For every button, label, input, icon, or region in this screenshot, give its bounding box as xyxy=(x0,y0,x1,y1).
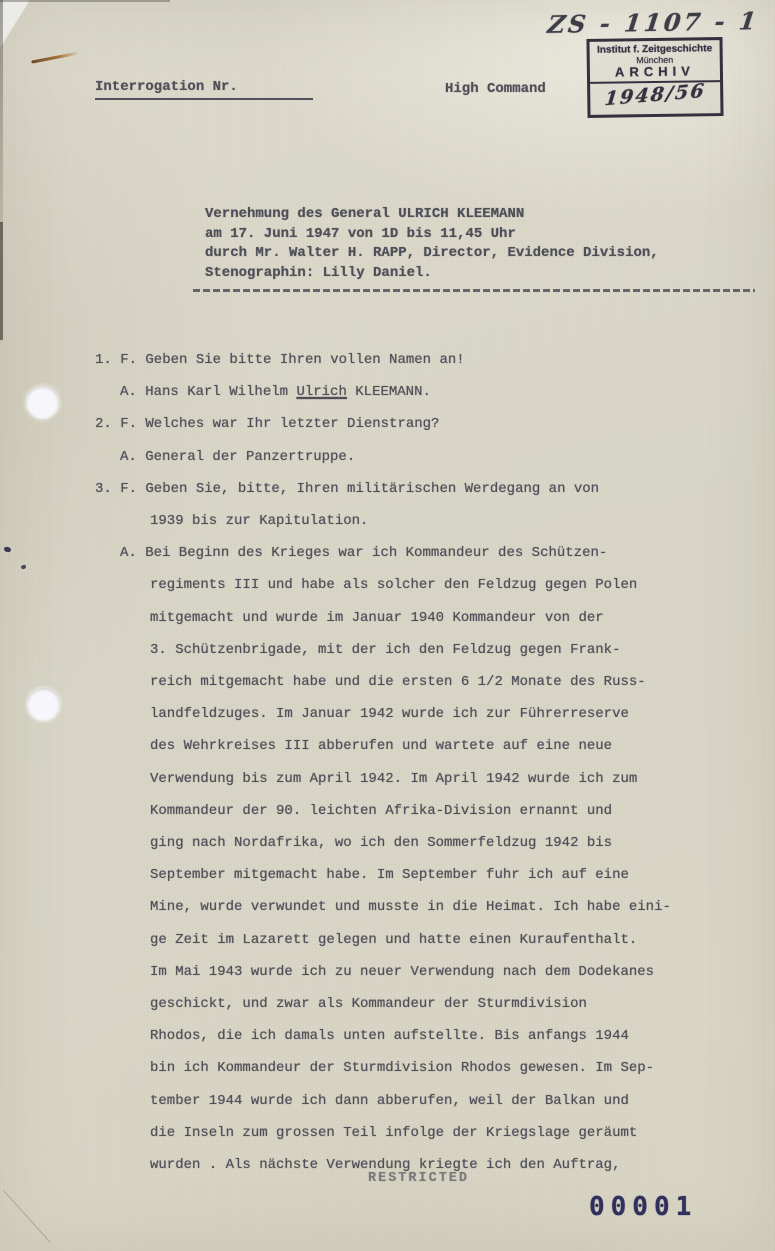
transcript-line: 2. F. Welches war Ihr letzter Dienstrang… xyxy=(0,408,775,440)
archive-reference-handwriting: ZS - 1107 - 1 xyxy=(546,6,761,39)
folded-corner xyxy=(0,0,30,48)
text-segment: ge Zeit im Lazarett gelegen und hatte ei… xyxy=(150,932,637,948)
title-block: Vernehmung des General ULRICH KLEEMANNam… xyxy=(205,205,659,283)
dashed-separator xyxy=(193,289,755,292)
text-segment: bin ich Kommandeur der Sturmdivision Rho… xyxy=(150,1060,654,1076)
classification-restricted: RESTRICTED xyxy=(368,1171,469,1186)
transcript-line: A. General der Panzertruppe. xyxy=(0,441,775,473)
text-segment: 1. F. Geben Sie bitte Ihren vollen Namen… xyxy=(95,352,465,368)
title-line: Vernehmung des General ULRICH KLEEMANN xyxy=(205,205,659,225)
text-segment: 2. F. Welches war Ihr letzter Dienstrang… xyxy=(95,416,439,432)
transcript-line: des Wehrkreises III abberufen und wartet… xyxy=(0,730,775,762)
transcript-line: Kommandeur der 90. leichten Afrika-Divis… xyxy=(0,795,775,827)
archive-stamp: Institut f. Zeitgeschichte München ARCHI… xyxy=(586,37,723,118)
scanned-document-page: ZS - 1107 - 1 Institut f. Zeitgeschichte… xyxy=(0,0,775,1251)
transcript-line: die Inseln zum grossen Teil infolge der … xyxy=(0,1117,775,1149)
text-segment: Mine, wurde verwundet und musste in die … xyxy=(150,899,671,915)
text-segment: 3. Schützenbrigade, mit der ich den Feld… xyxy=(150,642,620,658)
text-segment: mitgemacht und wurde im Januar 1940 Komm… xyxy=(150,610,604,626)
scan-edge-top xyxy=(0,0,170,2)
transcript-line: mitgemacht und wurde im Januar 1940 Komm… xyxy=(0,602,775,634)
rust-staple-mark xyxy=(31,51,80,63)
text-segment: KLEEMANN. xyxy=(347,384,431,400)
text-segment: 1939 bis zur Kapitulation. xyxy=(150,513,368,529)
transcript-line: Mine, wurde verwundet und musste in die … xyxy=(0,891,775,923)
text-segment: Verwendung bis zum April 1942. Im April … xyxy=(150,771,637,787)
transcript-line: landfeldzuges. Im Januar 1942 wurde ich … xyxy=(0,698,775,730)
transcript-line: 3. F. Geben Sie, bitte, Ihren militärisc… xyxy=(0,473,775,505)
transcript-line: 3. Schützenbrigade, mit der ich den Feld… xyxy=(0,634,775,666)
title-line: am 17. Juni 1947 von 1D bis 11,45 Uhr xyxy=(205,225,659,245)
crease-line xyxy=(3,1190,51,1243)
stamp-institution-line: Institut f. Zeitgeschichte xyxy=(590,43,720,56)
transcript-line: September mitgemacht habe. Im September … xyxy=(0,859,775,891)
text-segment: A. General der Panzertruppe. xyxy=(120,449,355,465)
text-segment: Kommandeur der 90. leichten Afrika-Divis… xyxy=(150,803,612,819)
transcript-line: 1939 bis zur Kapitulation. xyxy=(0,505,775,537)
text-segment: des Wehrkreises III abberufen und wartet… xyxy=(150,738,612,754)
transcript-line: ge Zeit im Lazarett gelegen und hatte ei… xyxy=(0,924,775,956)
text-segment: September mitgemacht habe. Im September … xyxy=(150,867,629,883)
transcript-line: ging nach Nordafrika, wo ich den Sommerf… xyxy=(0,827,775,859)
text-segment: geschickt, und zwar als Kommandeur der S… xyxy=(150,996,587,1012)
text-segment: A. Hans Karl Wilhelm xyxy=(120,384,296,400)
transcript-line: geschickt, und zwar als Kommandeur der S… xyxy=(0,988,775,1020)
interrogation-number-label: Interrogation Nr. xyxy=(95,79,313,100)
transcript-line: Rhodos, die ich damals unten aufstellte.… xyxy=(0,1020,775,1052)
high-command-label: High Command xyxy=(445,81,546,97)
transcript-line: A. Bei Beginn des Krieges war ich Komman… xyxy=(0,537,775,569)
transcript-line: 1. F. Geben Sie bitte Ihren vollen Namen… xyxy=(0,344,775,376)
transcript-line: tember 1944 wurde ich dann abberufen, we… xyxy=(0,1085,775,1117)
text-segment: landfeldzuges. Im Januar 1942 wurde ich … xyxy=(150,706,629,722)
transcript-line: A. Hans Karl Wilhelm Ulrich KLEEMANN. xyxy=(0,376,775,408)
page-number-stamp: 00001 xyxy=(589,1192,697,1222)
qa-block: 1. F. Geben Sie bitte Ihren vollen Namen… xyxy=(0,344,775,1181)
transcript-line: reich mitgemacht habe und die ersten 6 1… xyxy=(0,666,775,698)
text-segment: die Inseln zum grossen Teil infolge der … xyxy=(150,1125,637,1141)
text-segment: 3. F. Geben Sie, bitte, Ihren militärisc… xyxy=(95,481,599,497)
transcript-line: Im Mai 1943 wurde ich zu neuer Verwendun… xyxy=(0,956,775,988)
text-segment: reich mitgemacht habe und die ersten 6 1… xyxy=(150,674,646,690)
stamp-archiv-line: ARCHIV xyxy=(590,64,720,80)
text-segment: ging nach Nordafrika, wo ich den Sommerf… xyxy=(150,835,612,851)
text-segment: tember 1944 wurde ich dann abberufen, we… xyxy=(150,1093,629,1109)
text-segment: A. Bei Beginn des Krieges war ich Komman… xyxy=(120,545,607,561)
transcript-line: regiments III und habe als solcher den F… xyxy=(0,569,775,601)
text-segment: Im Mai 1943 wurde ich zu neuer Verwendun… xyxy=(150,964,654,980)
underlined-text: Ulrich xyxy=(296,384,346,400)
scan-edge-left-dark xyxy=(0,222,3,340)
text-segment: regiments III und habe als solcher den F… xyxy=(150,577,637,593)
scan-edge-left xyxy=(0,0,3,240)
transcript-line: Verwendung bis zum April 1942. Im April … xyxy=(0,763,775,795)
text-segment: Rhodos, die ich damals unten aufstellte.… xyxy=(150,1028,629,1044)
title-line: Stenographin: Lilly Daniel. xyxy=(205,264,659,284)
transcript-line: bin ich Kommandeur der Sturmdivision Rho… xyxy=(0,1052,775,1084)
title-line: durch Mr. Walter H. RAPP, Director, Evid… xyxy=(205,244,659,264)
